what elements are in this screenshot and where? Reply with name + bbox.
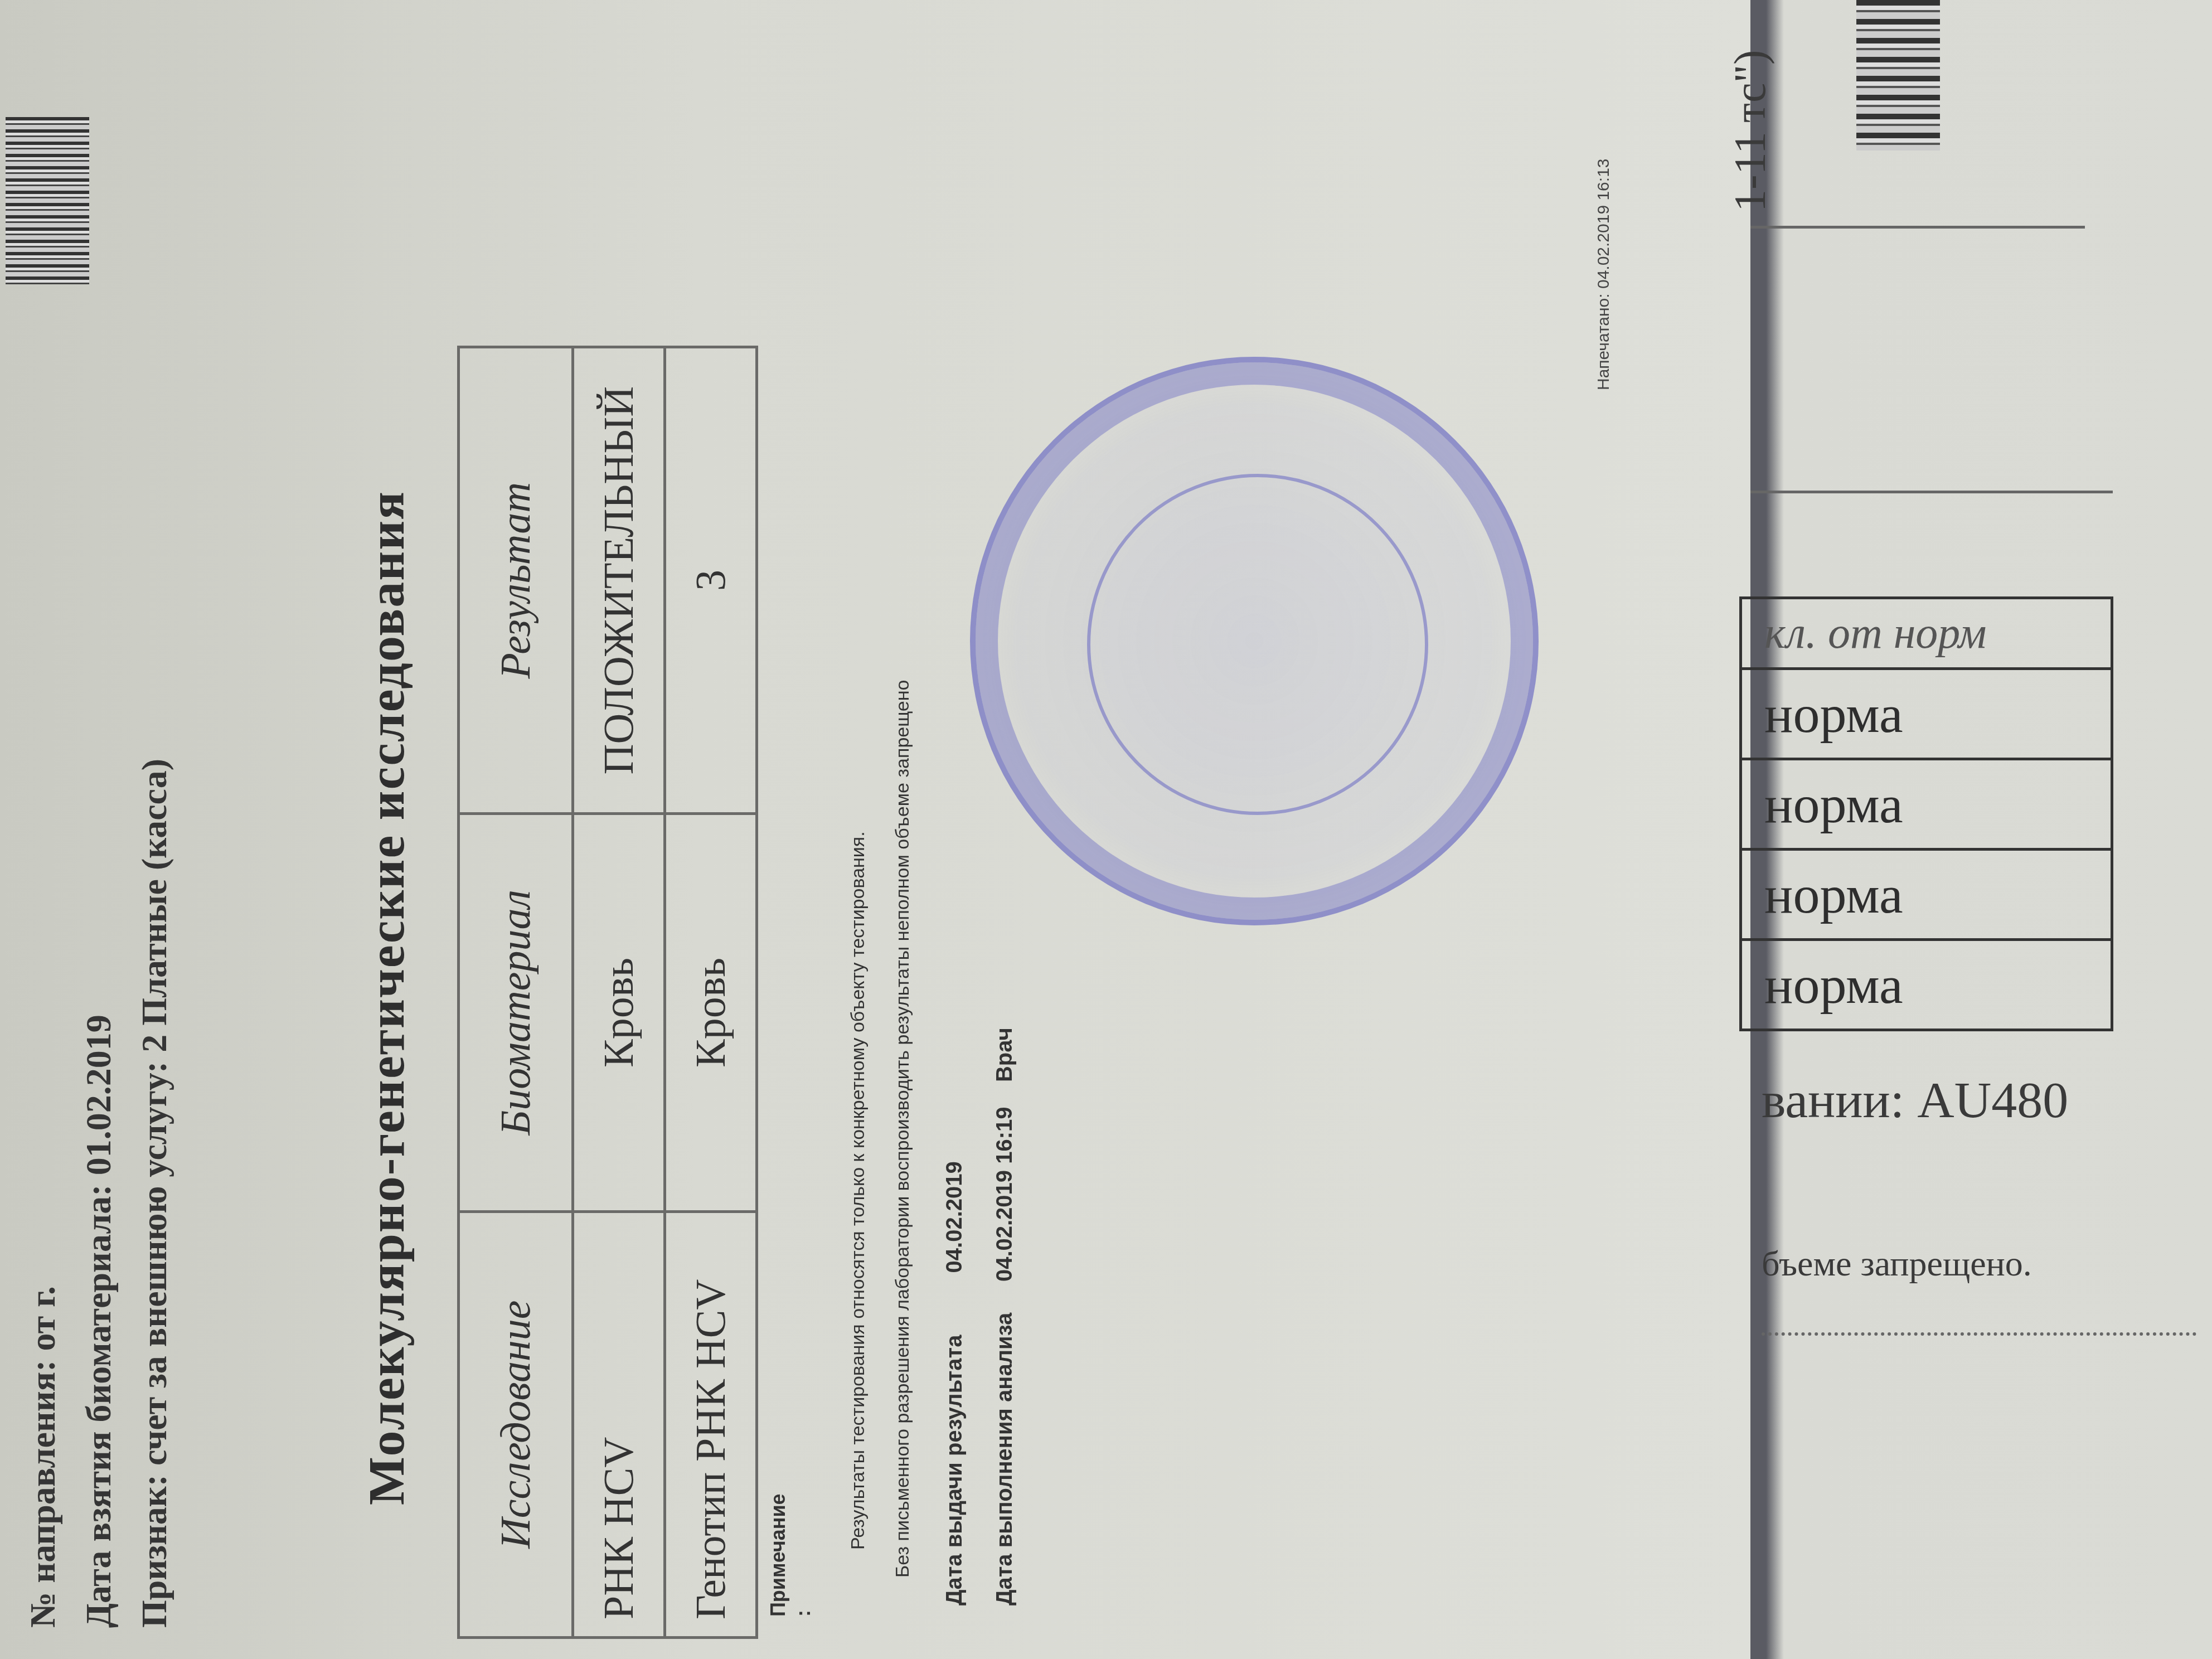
referral-line: № направления: от г. — [22, 1286, 64, 1628]
corner-fragment-2: 1-11 — [1725, 132, 1776, 212]
issued-date-line: Дата выдачи результата 04.02.2019 — [942, 1161, 967, 1605]
norm-cell: норма — [1741, 759, 2112, 850]
stamp-inner-ring — [1087, 474, 1428, 815]
cell-result: 3 — [665, 347, 757, 814]
performed-date-line: Дата выполнения анализа 04.02.2019 16:19… — [992, 1027, 1017, 1605]
equipment-fragment: вании: AU480 — [1762, 1070, 2068, 1129]
lab-report-sheet: № направления: от г. Дата взятия биомате… — [0, 0, 1750, 1659]
sample-date-line: Дата взятия биоматериала: 01.02.2019 — [78, 1015, 119, 1628]
divider — [1750, 226, 2085, 229]
payment-line: Признак: счет за внешнюю услугу: 2 Платн… — [134, 759, 175, 1628]
column-header-material: Биоматериал — [459, 814, 573, 1211]
column-header-result: Результат — [459, 347, 573, 814]
issued-date-label: Дата выдачи результата — [942, 1335, 967, 1605]
issued-date-value: 04.02.2019 — [942, 1161, 967, 1273]
notes-colon: : — [792, 1610, 815, 1617]
notes-label: Примечание — [767, 1493, 790, 1617]
cell-material: Кровь — [573, 814, 665, 1211]
performed-date-label: Дата выполнения анализа — [992, 1313, 1017, 1605]
cell-test: РНК HCV — [573, 1211, 665, 1637]
corner-fragment-1: тс") — [1725, 50, 1776, 123]
norm-cell: норма — [1741, 669, 2112, 759]
notes-line-2: Без письменного разрешения лаборатории в… — [892, 680, 914, 1578]
barcode-icon — [6, 117, 89, 284]
table-row: РНК HCV Кровь ПОЛОЖИТЕЛЬНЫЙ — [573, 347, 665, 1638]
column-header-test: Исследование — [459, 1211, 573, 1637]
sample-date-value: 01.02.2019 — [79, 1015, 118, 1175]
printed-timestamp: Напечатано: 04.02.2019 16:13 — [1594, 158, 1613, 390]
notes-line-1: Результаты тестирования относятся только… — [847, 831, 869, 1550]
performed-date-value: 04.02.2019 16:19 — [992, 1107, 1017, 1282]
norm-table: кл. от норм норма норма норма норма — [1739, 596, 2113, 1031]
doctor-label: Врач — [992, 1027, 1017, 1082]
cell-test: Генотип РНК HCV — [665, 1211, 757, 1637]
divider — [1750, 491, 2113, 493]
results-table: Исследование Биоматериал Результат РНК H… — [457, 346, 758, 1639]
table-row: Генотип РНК HCV Кровь 3 — [665, 347, 757, 1638]
results-header-row: Исследование Биоматериал Результат — [459, 347, 573, 1638]
norm-cell: норма — [1741, 940, 2112, 1030]
section-title: Молекулярно-генетические исследования — [357, 491, 416, 1505]
cell-result: ПОЛОЖИТЕЛЬНЫЙ — [573, 347, 665, 814]
footer-fragment: бъеме запрещено. — [1762, 1243, 2032, 1284]
stamp-seal-icon — [970, 357, 1539, 925]
sample-date-label: Дата взятия биоматериала: — [79, 1184, 118, 1628]
barcode-icon — [1856, 0, 1940, 151]
norm-cell: норма — [1741, 850, 2112, 940]
norm-table-header: кл. от норм — [1741, 598, 2112, 669]
dotted-divider — [1762, 1332, 2196, 1336]
cell-material: Кровь — [665, 814, 757, 1211]
